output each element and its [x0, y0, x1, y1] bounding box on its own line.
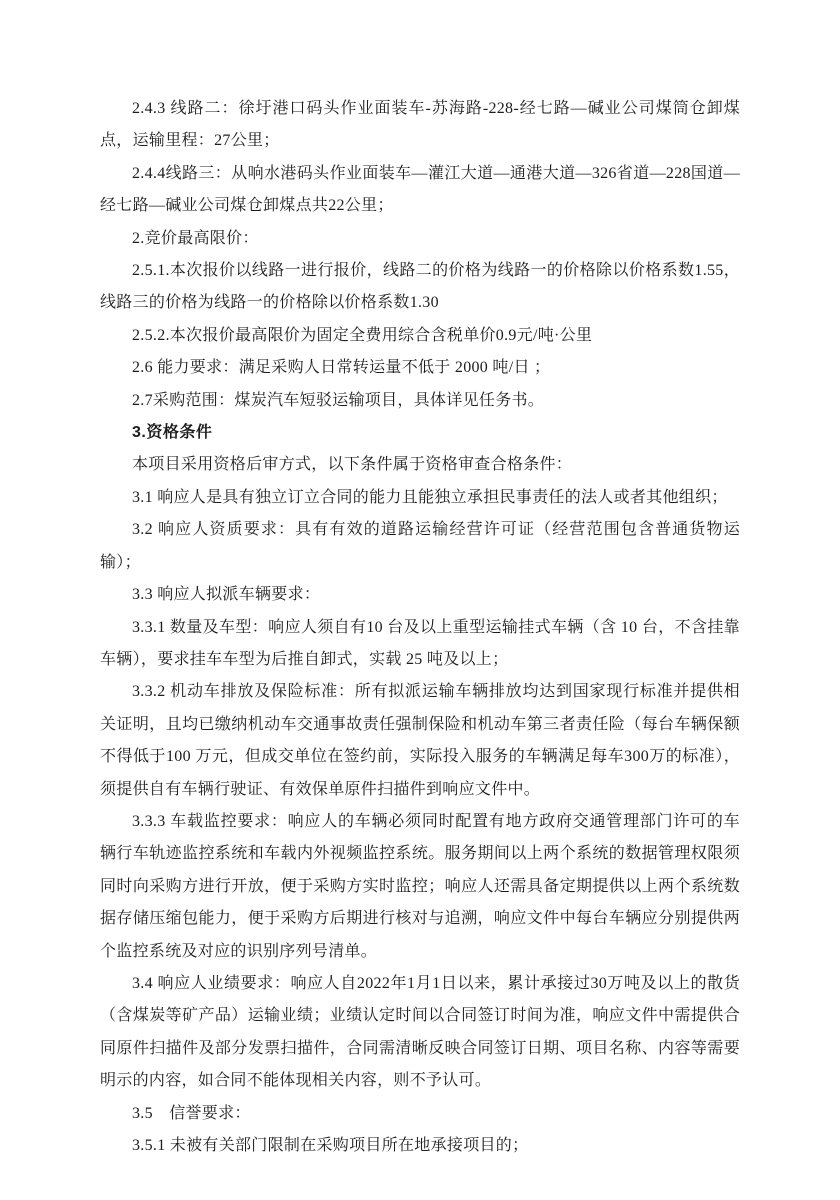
document-page: 2.4.3 线路二：徐圩港口码头作业面装车-苏海路-228-经七路—碱业公司煤筒…: [0, 0, 840, 1200]
para-max-price-title: 2.竞价最高限价：: [100, 223, 740, 255]
para-credit-req-3-5: 3.5 信誉要求：: [100, 1098, 740, 1130]
para-legal-entity-3-1: 3.1 响应人是具有独立订立合同的能力且能独立承担民事责任的法人或者其他组织；: [100, 482, 740, 514]
para-route-2-4-4: 2.4.4线路三：从响水港码头作业面装车—灌江大道—通港大道—326省道—228…: [100, 158, 740, 223]
heading-qualification-3: 3.资格条件: [100, 417, 740, 449]
para-license-3-2: 3.2 响应人资质要求：具有有效的道路运输经营许可证（经营范围包含普通货物运输）…: [100, 514, 740, 579]
para-monitoring-3-3-3: 3.3.3 车载监控要求：响应人的车辆必须同时配置有地方政府交通管理部门许可的车…: [100, 806, 740, 968]
para-performance-3-4: 3.4 响应人业绩要求：响应人自2022年1月1日以来，累计承接过30万吨及以上…: [100, 968, 740, 1098]
para-max-unit-price-2-5-2: 2.5.2.本次报价最高限价为固定全费用综合含税单价0.9元/吨·公里: [100, 320, 740, 352]
para-vehicle-type-3-3-1: 3.3.1 数量及车型：响应人须自有10 台及以上重型运输挂式车辆（含 10 台…: [100, 612, 740, 677]
para-qualification-intro: 本项目采用资格后审方式，以下条件属于资格审查合格条件：: [100, 449, 740, 481]
para-credit-3-5-1: 3.5.1 未被有关部门限制在采购项目所在地承接项目的；: [100, 1130, 740, 1162]
para-route-2-4-3: 2.4.3 线路二：徐圩港口码头作业面装车-苏海路-228-经七路—碱业公司煤筒…: [100, 93, 740, 158]
para-scope-2-7: 2.7采购范围：煤炭汽车短驳运输项目，具体详见任务书。: [100, 385, 740, 417]
para-capacity-2-6: 2.6 能力要求：满足采购人日常转运量不低于 2000 吨/日 ；: [100, 352, 740, 384]
para-emission-insurance-3-3-2: 3.3.2 机动车排放及保险标准：所有拟派运输车辆排放均达到国家现行标准并提供相…: [100, 676, 740, 806]
para-price-coefficient-2-5-1: 2.5.1.本次报价以线路一进行报价，线路二的价格为线路一的价格除以价格系数1.…: [100, 255, 740, 320]
para-vehicle-req-3-3: 3.3 响应人拟派车辆要求：: [100, 579, 740, 611]
